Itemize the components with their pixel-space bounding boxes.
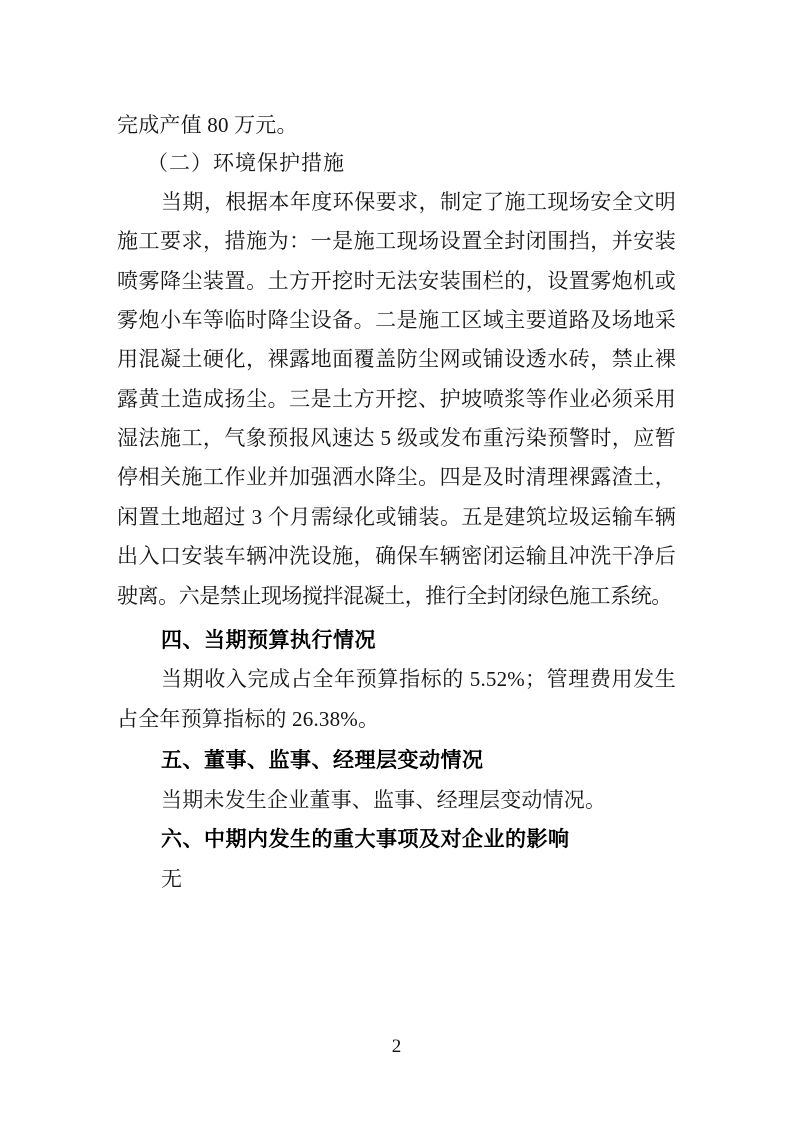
body-line: 当期收入完成占全年预算指标的 5.52%；管理费用发生 (117, 660, 676, 699)
section-heading-major-events: 六、中期内发生的重大事项及对企业的影响 (117, 820, 676, 859)
body-line: 出入口安装车辆冲洗设施，确保车辆密闭运输且冲洗干净后 (117, 537, 676, 576)
body-line: 施工要求，措施为：一是施工现场设置全封闭围挡，并安装 (117, 222, 676, 261)
body-line: 当期未发生企业董事、监事、经理层变动情况。 (117, 781, 676, 820)
body-line: 喷雾降尘装置。土方开挖时无法安装围栏的，设置雾炮机或 (117, 262, 676, 301)
body-line: 露黄土造成扬尘。三是土方开挖、护坡喷浆等作业必须采用 (117, 380, 676, 419)
body-line: 占全年预算指标的 26.38%。 (117, 700, 676, 739)
body-line: 用混凝土硬化，裸露地面覆盖防尘网或铺设透水砖，禁止裸 (117, 340, 676, 379)
body-line: 闲置土地超过 3 个月需绿化或铺装。五是建筑垃圾运输车辆 (117, 498, 676, 537)
section-heading-budget-execution: 四、当期预算执行情况 (117, 621, 676, 660)
page-number: 2 (0, 1036, 793, 1058)
body-line: 当期，根据本年度环保要求，制定了施工现场安全文明 (117, 183, 676, 222)
body-line: 驶离。六是禁止现场搅拌混凝土，推行全封闭绿色施工系统。 (117, 577, 676, 616)
body-line: 湿法施工，气象预报风速达 5 级或发布重污染预警时，应暂 (117, 419, 676, 458)
body-line: 完成产值 80 万元。 (117, 106, 676, 145)
body-line: 雾炮小车等临时降尘设备。二是施工区域主要道路及场地采 (117, 301, 676, 340)
section-heading-management-changes: 五、董事、监事、经理层变动情况 (117, 741, 676, 780)
body-line: 无 (117, 860, 676, 899)
body-line: 停相关施工作业并加强洒水降尘。四是及时清理裸露渣土， (117, 458, 676, 497)
subsection-heading-environment: （二）环境保护措施 (117, 144, 676, 183)
document-page: 完成产值 80 万元。 （二）环境保护措施 当期，根据本年度环保要求，制定了施工… (0, 0, 793, 1122)
